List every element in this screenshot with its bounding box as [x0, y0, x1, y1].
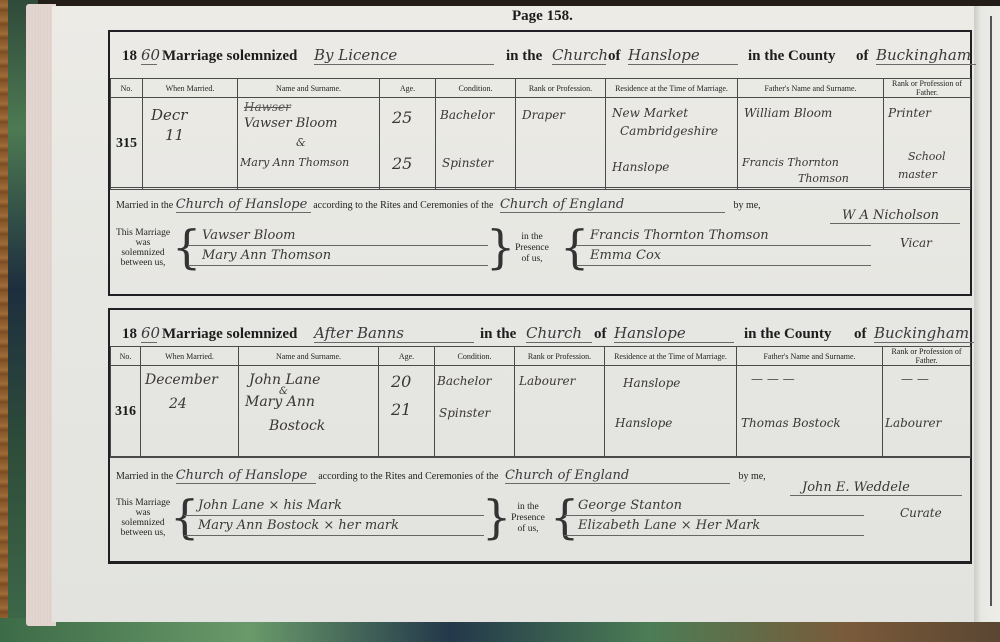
- names: Hawser Vawser Bloom & Mary Ann Thomson: [238, 98, 380, 190]
- entry-number: 316: [111, 366, 141, 458]
- party-signature: John Lane × his Mark: [184, 498, 484, 516]
- parish: Hanslope: [628, 46, 738, 65]
- col-condition: Condition.: [435, 347, 515, 366]
- presence-label: in the Presence of us,: [498, 502, 558, 535]
- year-suffix: 60: [141, 324, 157, 343]
- col-residence: Residence at the Time of Marriage.: [605, 347, 737, 366]
- year-suffix: 60: [141, 46, 157, 65]
- county-label: in the County: [744, 326, 832, 343]
- table-row: 315 Decr 11 Hawser Vawser Bloom & Mary A…: [111, 98, 971, 190]
- marriage-solemnized-label: Marriage solemnized: [162, 48, 297, 65]
- officiant-signature: W A Nicholson: [830, 208, 960, 224]
- in-the-label: in the: [506, 48, 542, 65]
- officiant-signature: John E. Weddele: [790, 480, 962, 496]
- col-name: Name and Surname.: [238, 79, 380, 98]
- this-marriage-label: This Marriage was solemnized between us,: [112, 498, 174, 538]
- witness-signature: George Stanton: [564, 498, 864, 516]
- page-number: Page 158.: [512, 8, 573, 25]
- signatures-block: This Marriage was solemnized between us,…: [110, 498, 970, 588]
- conditions: Bachelor Spinster: [435, 366, 515, 458]
- signatures-block: This Marriage was solemnized between us,…: [110, 228, 970, 318]
- when-married: December 24: [141, 366, 239, 458]
- parish: Hanslope: [614, 324, 734, 343]
- married-in-church: Church of Hanslope: [176, 468, 316, 484]
- col-father-name: Father's Name and Surname.: [737, 347, 883, 366]
- col-rank: Rank or Profession.: [515, 347, 605, 366]
- county: Buckingham: [876, 46, 976, 65]
- year-prefix: 18: [122, 326, 137, 343]
- col-age: Age.: [380, 79, 436, 98]
- conditions: Bachelor Spinster: [436, 98, 516, 190]
- register-table: No. When Married. Name and Surname. Age.…: [110, 346, 971, 458]
- col-when-married: When Married.: [143, 79, 238, 98]
- register-table: No. When Married. Name and Surname. Age.…: [110, 78, 971, 190]
- entry-number: 315: [111, 98, 143, 190]
- residence: New Market Cambridgeshire Hanslope: [606, 98, 738, 190]
- col-father-rank: Rank or Profession of Father.: [883, 347, 971, 366]
- county-of-label: of: [856, 48, 869, 65]
- in-the-label: in the: [480, 326, 516, 343]
- col-name: Name and Surname.: [239, 347, 379, 366]
- bride-name: Mary Ann Thomson: [240, 156, 349, 169]
- place-type: Church: [552, 46, 606, 65]
- father-names: — — — Thomas Bostock: [737, 366, 883, 458]
- place-type: Church: [526, 324, 592, 343]
- col-no: No.: [111, 347, 141, 366]
- groom-name: Vawser Bloom: [244, 116, 337, 131]
- marriage-solemnized-label: Marriage solemnized: [162, 326, 297, 343]
- father-names: William Bloom Francis Thornton Thomson: [738, 98, 884, 190]
- marriage-entry-316: 18 60 Marriage solemnized After Banns in…: [108, 308, 972, 564]
- rank-profession: Draper: [516, 98, 606, 190]
- solemnized-by: By Licence: [314, 46, 494, 65]
- bride-name: Mary Ann: [245, 394, 315, 410]
- col-when-married: When Married.: [141, 347, 239, 366]
- father-ranks: Printer School master: [884, 98, 971, 190]
- county-label: in the County: [748, 48, 836, 65]
- ages: 25 25: [380, 98, 436, 190]
- column-header-row: No. When Married. Name and Surname. Age.…: [111, 347, 971, 366]
- year-prefix: 18: [122, 48, 137, 65]
- bride-surname: Bostock: [269, 418, 325, 434]
- county: Buckingham: [874, 324, 974, 343]
- party-signature: Mary Ann Thomson: [188, 248, 488, 266]
- father-ranks: — — Labourer: [883, 366, 971, 458]
- names: John Lane & Mary Ann Bostock: [239, 366, 379, 458]
- col-residence: Residence at the Time of Marriage.: [606, 79, 738, 98]
- party-signature: Mary Ann Bostock × her mark: [184, 518, 484, 536]
- rank-profession: Labourer: [515, 366, 605, 458]
- county-of-label: of: [854, 326, 867, 343]
- entry-header: 18 60 Marriage solemnized By Licence in …: [120, 44, 970, 74]
- ages: 20 21: [379, 366, 435, 458]
- married-in-line: Married in the Church of Hanslope accord…: [116, 197, 761, 213]
- col-no: No.: [111, 79, 143, 98]
- col-age: Age.: [379, 347, 435, 366]
- facing-page-edge: [972, 6, 1000, 622]
- solemnized-by: After Banns: [314, 324, 474, 343]
- witness-signature: Elizabeth Lane × Her Mark: [564, 518, 864, 536]
- presence-label: in the Presence of us,: [502, 232, 562, 265]
- col-father-name: Father's Name and Surname.: [738, 79, 884, 98]
- col-condition: Condition.: [436, 79, 516, 98]
- when-married: Decr 11: [143, 98, 238, 190]
- rites-church: Church of England: [500, 197, 725, 213]
- witness-signature: Francis Thornton Thomson: [576, 228, 871, 246]
- of-label: of: [594, 326, 607, 343]
- married-in-line: Married in the Church of Hanslope accord…: [116, 468, 766, 484]
- witness-signature: Emma Cox: [576, 248, 871, 266]
- rites-church: Church of England: [505, 468, 730, 484]
- party-signature: Vawser Bloom: [188, 228, 488, 246]
- col-father-rank: Rank or Profession of Father.: [884, 79, 971, 98]
- column-header-row: No. When Married. Name and Surname. Age.…: [111, 79, 971, 98]
- married-in-church: Church of Hanslope: [176, 197, 311, 213]
- residence: Hanslope Hanslope: [605, 366, 737, 458]
- struck-name: Hawser: [244, 100, 291, 114]
- marriage-entry-315: 18 60 Marriage solemnized By Licence in …: [108, 30, 972, 296]
- col-rank: Rank or Profession.: [516, 79, 606, 98]
- this-marriage-label: This Marriage was solemnized between us,: [112, 228, 174, 268]
- table-row: 316 December 24 John Lane & Mary Ann Bos…: [111, 366, 971, 458]
- of-label: of: [608, 48, 621, 65]
